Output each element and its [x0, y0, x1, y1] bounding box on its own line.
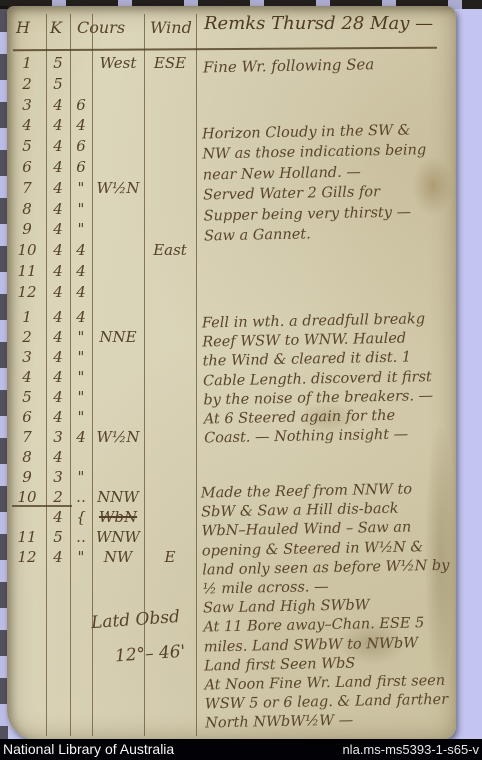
log-cell-k: 5 [47, 54, 69, 72]
scanned-logbook-view: H K Cours Wind Remks Thursd 28 May — 15W… [0, 0, 482, 760]
log-row: 646 [7, 158, 207, 178]
log-cell-f: " [70, 328, 92, 346]
log-cell-k: 4 [47, 220, 69, 238]
log-cell-c: NNW [92, 488, 144, 506]
log-cell-c: W½N [92, 428, 144, 446]
log-cell-c: NW [92, 548, 144, 566]
catalog-number: nla.ms-ms5393-1-s65-v [342, 742, 479, 757]
log-cell-k: 4 [47, 308, 69, 326]
log-row: 1044East [7, 241, 207, 261]
log-row: 444 [7, 116, 207, 136]
log-row: 94" [7, 220, 207, 240]
log-cell-f: 6 [70, 158, 92, 176]
log-row: 54" [7, 388, 207, 408]
log-cell-w: ESE [144, 54, 196, 72]
log-cell-h: 1 [12, 54, 42, 72]
log-row: 64" [7, 408, 207, 428]
log-row: 44" [7, 368, 207, 388]
log-cell-k: 4 [47, 241, 69, 259]
log-cell-k: 4 [47, 158, 69, 176]
log-cell-k: 5 [47, 75, 69, 93]
remarks-title: Remks Thursd 28 May — [204, 13, 433, 34]
log-cell-f: 4 [70, 241, 92, 259]
log-cell-w: E [144, 548, 196, 566]
log-cell-f: " [70, 368, 92, 386]
log-cell-h: 12 [12, 283, 42, 301]
log-row: 1244 [7, 283, 207, 303]
log-cell-c: W½N [92, 179, 144, 197]
log-cell-k: 4 [47, 179, 69, 197]
remarks-block-noon: Made the Reef from NNW toSbW & Saw a Hil… [201, 480, 464, 735]
log-cell-k: 4 [47, 116, 69, 134]
library-credit: National Library of Australia [3, 741, 174, 757]
remarks-block-morning: Horizon Cloudy in the SW &NW as those in… [202, 120, 462, 247]
log-cell-h: 11 [12, 262, 42, 280]
log-cell-k: 4 [47, 96, 69, 114]
log-cell-h: 8 [12, 448, 42, 466]
latitude-label: Latd Obsd [90, 607, 180, 633]
log-cell-f: ‥ [70, 488, 92, 506]
remarks-line: Saw a Gannet. [204, 222, 462, 247]
log-cell-h: 7 [12, 428, 42, 446]
log-cell-k: 4 [47, 328, 69, 346]
log-cell-f: " [70, 548, 92, 566]
log-cell-f: " [70, 348, 92, 366]
log-cell-w: East [144, 241, 196, 259]
log-cell-k: 4 [47, 200, 69, 218]
log-row: 1144 [7, 262, 207, 282]
log-cell-h: 4 [12, 368, 42, 386]
log-cell-k: 4 [47, 137, 69, 155]
log-cell-h: 9 [12, 468, 42, 486]
log-row: 546 [7, 137, 207, 157]
log-row: 84" [7, 200, 207, 220]
log-cell-f: 6 [70, 137, 92, 155]
log-cell-h: 10 [12, 488, 42, 506]
log-cell-f: 4 [70, 116, 92, 134]
header-wind: Wind [150, 18, 192, 37]
log-cell-c: West [92, 54, 144, 72]
log-cell-f: 4 [70, 262, 92, 280]
remarks-line: North NWbW½W — [205, 710, 463, 734]
log-cell-c: WNW [92, 528, 144, 546]
log-cell-h: 3 [12, 96, 42, 114]
log-row: 115‥WNW [7, 528, 207, 548]
header-underline [13, 47, 437, 52]
log-cell-h: 6 [12, 158, 42, 176]
remarks-line: Coast. — Nothing insight — [204, 425, 462, 449]
log-cell-h: 3 [12, 348, 42, 366]
log-cell-h: 10 [12, 241, 42, 259]
log-row: 4{WbN [7, 508, 207, 528]
remarks-block-reef: Fell in wth. a dreadfull breakgReef WSW … [202, 310, 463, 449]
log-row: 84 [7, 448, 207, 468]
log-cell-k: 3 [47, 428, 69, 446]
log-cell-h: 2 [12, 75, 42, 93]
log-cell-c: NNE [92, 328, 144, 346]
log-cell-h: 12 [12, 548, 42, 566]
log-cell-k: 3 [47, 468, 69, 486]
remarks-line: Fine Wr. following Sea [203, 54, 461, 78]
log-row: 346 [7, 96, 207, 116]
log-cell-f: 6 [70, 96, 92, 114]
log-cell-k: 4 [47, 408, 69, 426]
log-cell-f: 4 [70, 428, 92, 446]
log-cell-f: ‥ [70, 528, 92, 546]
log-cell-f: " [70, 388, 92, 406]
log-row: 124"NWE [7, 548, 207, 568]
log-cell-h: 11 [12, 528, 42, 546]
header-knots: K [50, 18, 62, 37]
latitude-value: 12°– 46' [114, 642, 186, 667]
log-cell-k: 5 [47, 528, 69, 546]
remarks-opening: Fine Wr. following Sea [203, 54, 461, 78]
log-cell-f: " [70, 200, 92, 218]
log-cell-f: { [70, 508, 92, 526]
log-cell-h: 9 [12, 220, 42, 238]
header-course: Cours [77, 18, 125, 37]
log-row: 34" [7, 348, 207, 368]
log-row: 74"W½N [7, 179, 207, 199]
log-row: 25 [7, 75, 207, 95]
log-cell-c: WbN [92, 508, 144, 526]
log-cell-f: " [70, 179, 92, 197]
log-cell-h: 8 [12, 200, 42, 218]
log-cell-h: 4 [12, 116, 42, 134]
log-cell-f: 4 [70, 283, 92, 301]
header-hours: H [16, 18, 30, 37]
log-cell-h: 1 [12, 308, 42, 326]
footer-bar: National Library of Australia nla.ms-ms5… [0, 739, 482, 760]
logbook-page: H K Cours Wind Remks Thursd 28 May — 15W… [7, 6, 456, 740]
log-cell-k: 4 [47, 508, 69, 526]
log-row: 24"NNE [7, 328, 207, 348]
knots-sum-rule [12, 505, 72, 507]
log-cell-k: 4 [47, 348, 69, 366]
log-cell-k: 4 [47, 283, 69, 301]
log-cell-f: 4 [70, 308, 92, 326]
log-cell-f: " [70, 468, 92, 486]
log-row: 93" [7, 468, 207, 488]
log-cell-f: " [70, 220, 92, 238]
log-cell-f: " [70, 408, 92, 426]
log-cell-k: 4 [47, 388, 69, 406]
log-row: 15WestESE [7, 54, 207, 74]
log-cell-h: 5 [12, 137, 42, 155]
log-cell-k: 4 [47, 548, 69, 566]
log-cell-h: 6 [12, 408, 42, 426]
log-cell-h: 2 [12, 328, 42, 346]
log-cell-k: 4 [47, 262, 69, 280]
log-cell-h: 5 [12, 388, 42, 406]
log-cell-k: 4 [47, 368, 69, 386]
log-cell-h: 7 [12, 179, 42, 197]
log-row: 144 [7, 308, 207, 328]
log-cell-k: 2 [47, 488, 69, 506]
log-row: 734W½N [7, 428, 207, 448]
log-cell-k: 4 [47, 448, 69, 466]
